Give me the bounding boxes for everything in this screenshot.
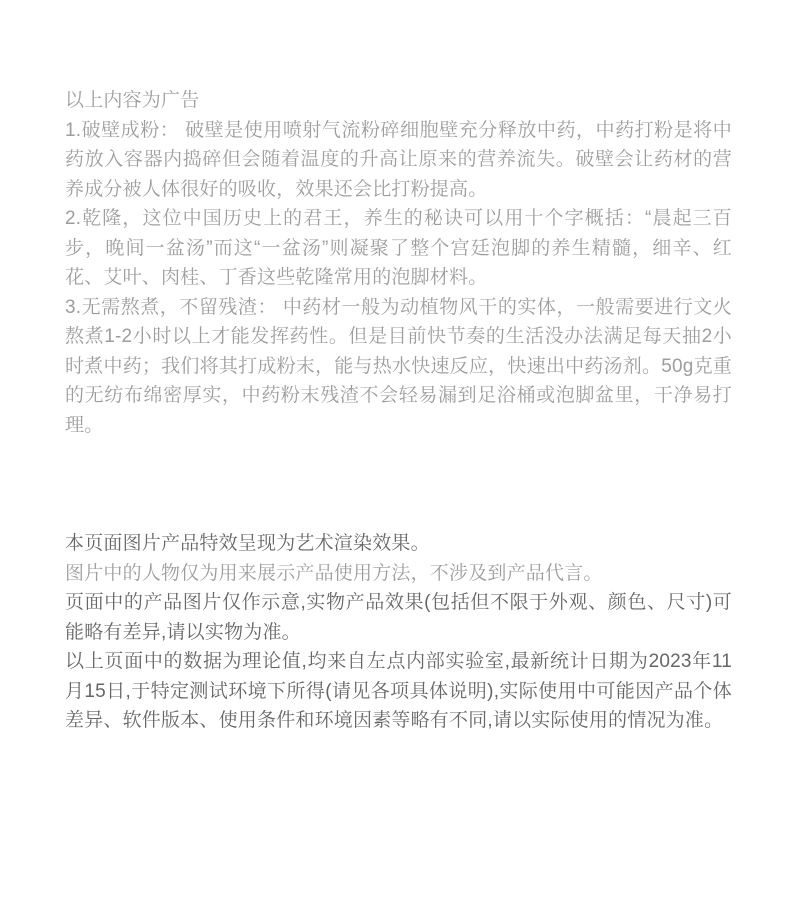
disclaimer-line-model-endorsement: 图片中的人物仅为用来展示产品使用方法，不涉及到产品代言。 xyxy=(65,559,732,589)
disclaimer-line-product-appearance: 页面中的产品图片仅作示意,实物产品效果(包括但不限于外观、颜色、尺寸)可能略有差… xyxy=(65,588,732,647)
text-content: 以上内容为广告 1.破壁成粉： 破壁是使用喷射气流粉碎细胞壁充分释放中药，中药打… xyxy=(0,0,790,736)
product-description-page: 以上内容为广告 1.破壁成粉： 破壁是使用喷射气流粉碎细胞壁充分释放中药，中药打… xyxy=(0,0,790,918)
ad-paragraph-1: 1.破壁成粉： 破壁是使用喷射气流粉碎细胞壁充分释放中药，中药打粉是将中药放入容… xyxy=(65,116,732,205)
disclaimer-line-lab-data: 以上页面中的数据为理论值,均来自左点内部实验室,最新统计日期为2023年11月1… xyxy=(65,647,732,736)
ad-paragraph-3: 3.无需熬煮，不留残渣： 中药材一般为动植物风干的实体，一般需要进行文火熬煮1-… xyxy=(65,293,732,441)
disclaimer-line-render-effect: 本页面图片产品特效呈现为艺术渲染效果。 xyxy=(65,529,732,559)
ad-disclaimer-label: 以上内容为广告 xyxy=(65,86,732,116)
disclaimer-section: 本页面图片产品特效呈现为艺术渲染效果。 图片中的人物仅为用来展示产品使用方法，不… xyxy=(65,529,732,736)
ad-paragraph-2: 2.乾隆，这位中国历史上的君王，养生的秘诀可以用十个字概括：“晨起三百步，晚间一… xyxy=(65,204,732,293)
advertisement-section: 以上内容为广告 1.破壁成粉： 破壁是使用喷射气流粉碎细胞壁充分释放中药，中药打… xyxy=(65,86,732,440)
